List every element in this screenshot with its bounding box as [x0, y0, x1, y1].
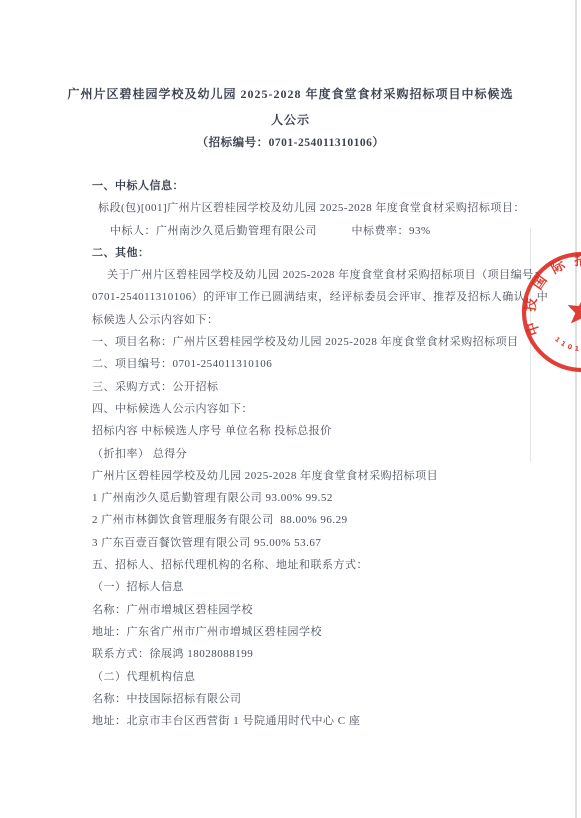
doc-line: 1 广州南沙久觅后勤管理有限公司 93.00% 99.52 — [92, 487, 581, 509]
title-line-1: 广州片区碧桂园学校及幼儿园 2025-2028 年度食堂食材采购招标项目中标候选 — [0, 81, 581, 107]
doc-line: 一、中标人信息： — [92, 175, 581, 197]
doc-line: 地址：广东省广州市广州市增城区碧桂园学校 — [92, 621, 581, 643]
doc-line: 地址：北京市丰台区西营街 1 号院通用时代中心 C 座 — [92, 710, 581, 732]
doc-line: （折扣率） 总得分 — [92, 443, 581, 465]
doc-line: 二、其他： — [92, 242, 581, 264]
doc-line: 联系方式：徐展鸿 18028088199 — [92, 643, 581, 665]
doc-line: 二、项目编号：0701-254011310106 — [92, 353, 581, 375]
doc-line: 名称：中技国际招标有限公司 — [92, 688, 581, 710]
doc-line: 一、项目名称：广州片区碧桂园学校及幼儿园 2025-2028 年度食堂食材采购招… — [92, 331, 581, 353]
doc-line: 中标人：广州南沙久觅后勤管理有限公司 中标费率：93% — [92, 220, 581, 242]
doc-line: 广州片区碧桂园学校及幼儿园 2025-2028 年度食堂食材采购招标项目 — [92, 465, 581, 487]
tender-number-subtitle: （招标编号：0701-254011310106） — [0, 133, 581, 154]
doc-line: 3 广东百壹百餐饮管理有限公司 95.00% 53.67 — [92, 532, 581, 554]
doc-line: 三、采购方式：公开招标 — [92, 376, 581, 398]
doc-line: 招标内容 中标候选人序号 单位名称 投标总报价 — [92, 420, 581, 442]
doc-line: 五、招标人、招标代理机构的名称、地址和联系方式： — [92, 554, 581, 576]
doc-line: 名称：广州市增城区碧桂园学校 — [92, 599, 581, 621]
document-title: 广州片区碧桂园学校及幼儿园 2025-2028 年度食堂食材采购招标项目中标候选… — [0, 81, 581, 133]
document-content: 广州片区碧桂园学校及幼儿园 2025-2028 年度食堂食材采购招标项目中标候选… — [0, 0, 581, 818]
scanned-document-page: { "doc": { "title_lines": [ "广州片区碧桂园学校及幼… — [0, 0, 581, 818]
doc-line: （一）招标人信息 — [92, 576, 581, 598]
doc-line: 关于广州片区碧桂园学校及幼儿园 2025-2028 年度食堂食材采购招标项目（项… — [92, 264, 581, 286]
doc-line: 标候选人公示内容如下： — [92, 309, 581, 331]
doc-line: （二）代理机构信息 — [92, 666, 581, 688]
doc-line: 四、中标候选人公示内容如下： — [92, 398, 581, 420]
doc-line: 0701-254011310106）的评审工作已圆满结束，经评标委员会评审、推荐… — [92, 286, 581, 308]
doc-line: 标段(包)[001]广州片区碧桂园学校及幼儿园 2025-2028 年度食堂食材… — [92, 197, 581, 219]
doc-line: 2 广州市林御饮食管理服务有限公司 88.00% 96.29 — [92, 509, 581, 531]
document-body: 一、中标人信息：标段(包)[001]广州片区碧桂园学校及幼儿园 2025-202… — [0, 175, 581, 732]
title-line-2: 人公示 — [0, 107, 581, 133]
